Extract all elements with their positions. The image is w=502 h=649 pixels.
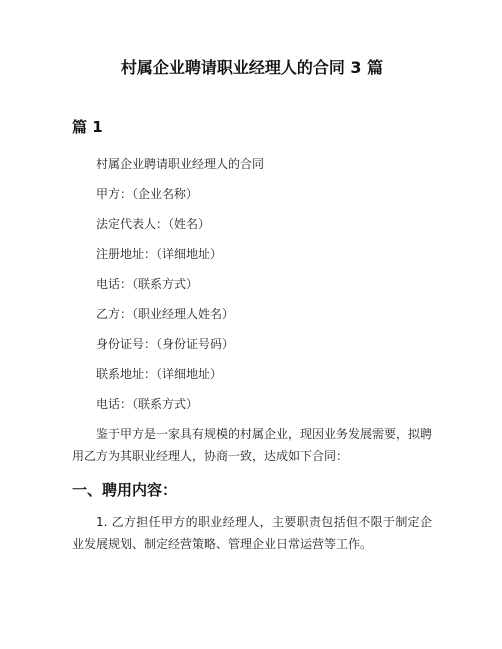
contract-title-line: 村属企业聘请职业经理人的合同 bbox=[72, 153, 432, 175]
party-b-line: 乙方：（职业经理人姓名） bbox=[72, 303, 432, 325]
intro-paragraph: 鉴于甲方是一家具有规模的村属企业，现因业务发展需要，拟聘用乙方为其职业经理人，协… bbox=[72, 423, 432, 467]
contact-address-line: 联系地址：（详细地址） bbox=[72, 363, 432, 385]
registered-address-line: 注册地址：（详细地址） bbox=[72, 243, 432, 265]
page-title: 村属企业聘请职业经理人的合同 3 篇 bbox=[72, 55, 432, 81]
phone-line-1: 电话：（联系方式） bbox=[72, 273, 432, 295]
party-a-line: 甲方：（企业名称） bbox=[72, 183, 432, 205]
phone-line-2: 电话：（联系方式） bbox=[72, 393, 432, 415]
legal-rep-line: 法定代表人：（姓名） bbox=[72, 213, 432, 235]
document-page: 村属企业聘请职业经理人的合同 3 篇 篇 1 村属企业聘请职业经理人的合同 甲方… bbox=[0, 0, 502, 649]
section-heading-employment: 一、聘用内容： bbox=[72, 477, 432, 503]
id-number-line: 身份证号：（身份证号码） bbox=[72, 333, 432, 355]
clause-1-paragraph: 1. 乙方担任甲方的职业经理人，主要职责包括但不限于制定企业发展规划、制定经营策… bbox=[72, 511, 432, 555]
section-label-pian-1: 篇 1 bbox=[72, 115, 432, 139]
